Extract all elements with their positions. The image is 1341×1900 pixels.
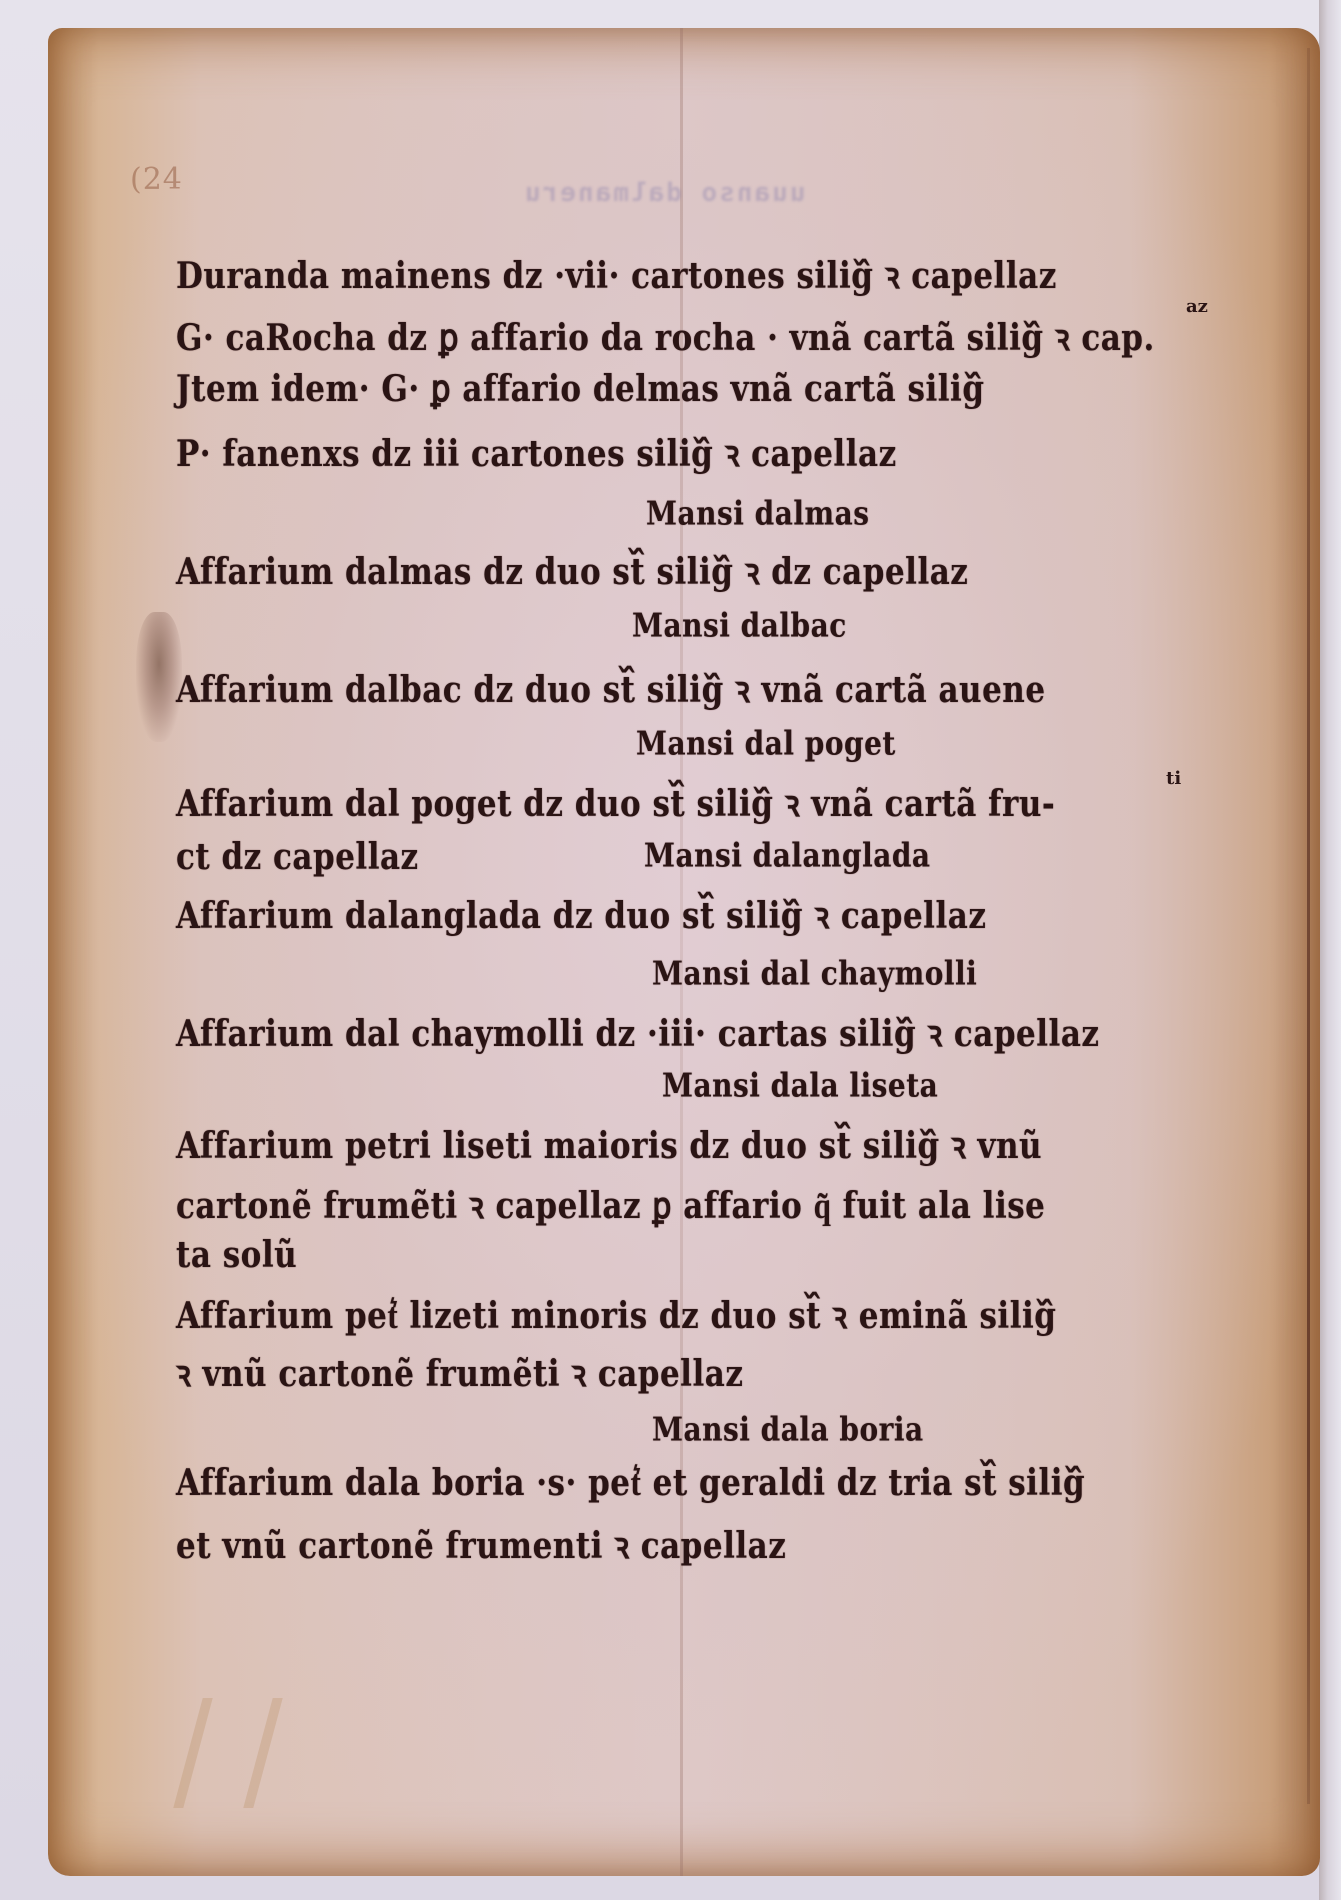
section-heading: Mansi dala boria	[652, 1410, 924, 1449]
text-line: Affarium dalanglada dz duo st᷈ silig᷈ ꝛ …	[176, 890, 986, 940]
text-line: Affarium dalmas dz duo st᷈ silig᷈ ꝛ dz c…	[176, 546, 968, 596]
text-line: Affarium petri liseti maioris dz duo st᷈…	[176, 1120, 1042, 1170]
section-heading: Mansi dal chaymolli	[652, 954, 977, 993]
superscript-note: az	[1186, 296, 1208, 317]
text-line: Affarium dala boria ·s· pet͛ et geraldi …	[176, 1462, 1085, 1504]
section-heading: Mansi dalmas	[646, 494, 870, 533]
text-line: Jtem idem· G· ꝑ affario delmas vnã cartã…	[176, 368, 985, 410]
text-line: P· fanenxs dz iii cartones silig᷈ ꝛ cape…	[176, 428, 897, 478]
manuscript-page: (24 uuanso dalmaneru	[48, 28, 1320, 1876]
section-heading: Mansi dalbac	[632, 606, 847, 645]
show-through-text: uuanso dalmaneru	[523, 178, 805, 208]
superscript-note: ti	[1166, 768, 1181, 789]
folio-number: (24	[130, 162, 183, 197]
text-line: Duranda mainens dz ·vii· cartones silig᷈…	[176, 250, 1057, 300]
text-line: Affarium pet͛ lizeti minoris dz duo st᷈ …	[176, 1290, 1056, 1340]
text-line: G· caRocha dz ꝑ affario da rocha · vnã c…	[176, 312, 1155, 362]
text-line: et vnũ cartonẽ frumenti ꝛ capellaz	[176, 1520, 786, 1570]
background-surface	[1319, 0, 1341, 1900]
text-line: cartonẽ frumẽti ꝛ capellaz ꝑ affario q͂ …	[176, 1180, 1045, 1230]
section-heading: Mansi dala liseta	[662, 1066, 938, 1105]
text-line: ꝛ vnũ cartonẽ frumẽti ꝛ capellaz	[176, 1348, 743, 1398]
text-line: ta solũ	[176, 1234, 297, 1276]
text-line: Affarium dal chaymolli dz ·iii· cartas s…	[176, 1008, 1100, 1058]
text-line: ct dz capellaz	[176, 836, 419, 878]
section-heading: Mansi dal poget	[636, 724, 896, 763]
text-line: Affarium dal poget dz duo st᷈ silig᷈ ꝛ v…	[176, 778, 1055, 828]
parchment-mark	[173, 1698, 282, 1808]
section-heading: Mansi dalanglada	[644, 836, 931, 875]
text-line: Affarium dalbac dz duo st᷈ silig᷈ ꝛ vnã …	[176, 664, 1046, 714]
